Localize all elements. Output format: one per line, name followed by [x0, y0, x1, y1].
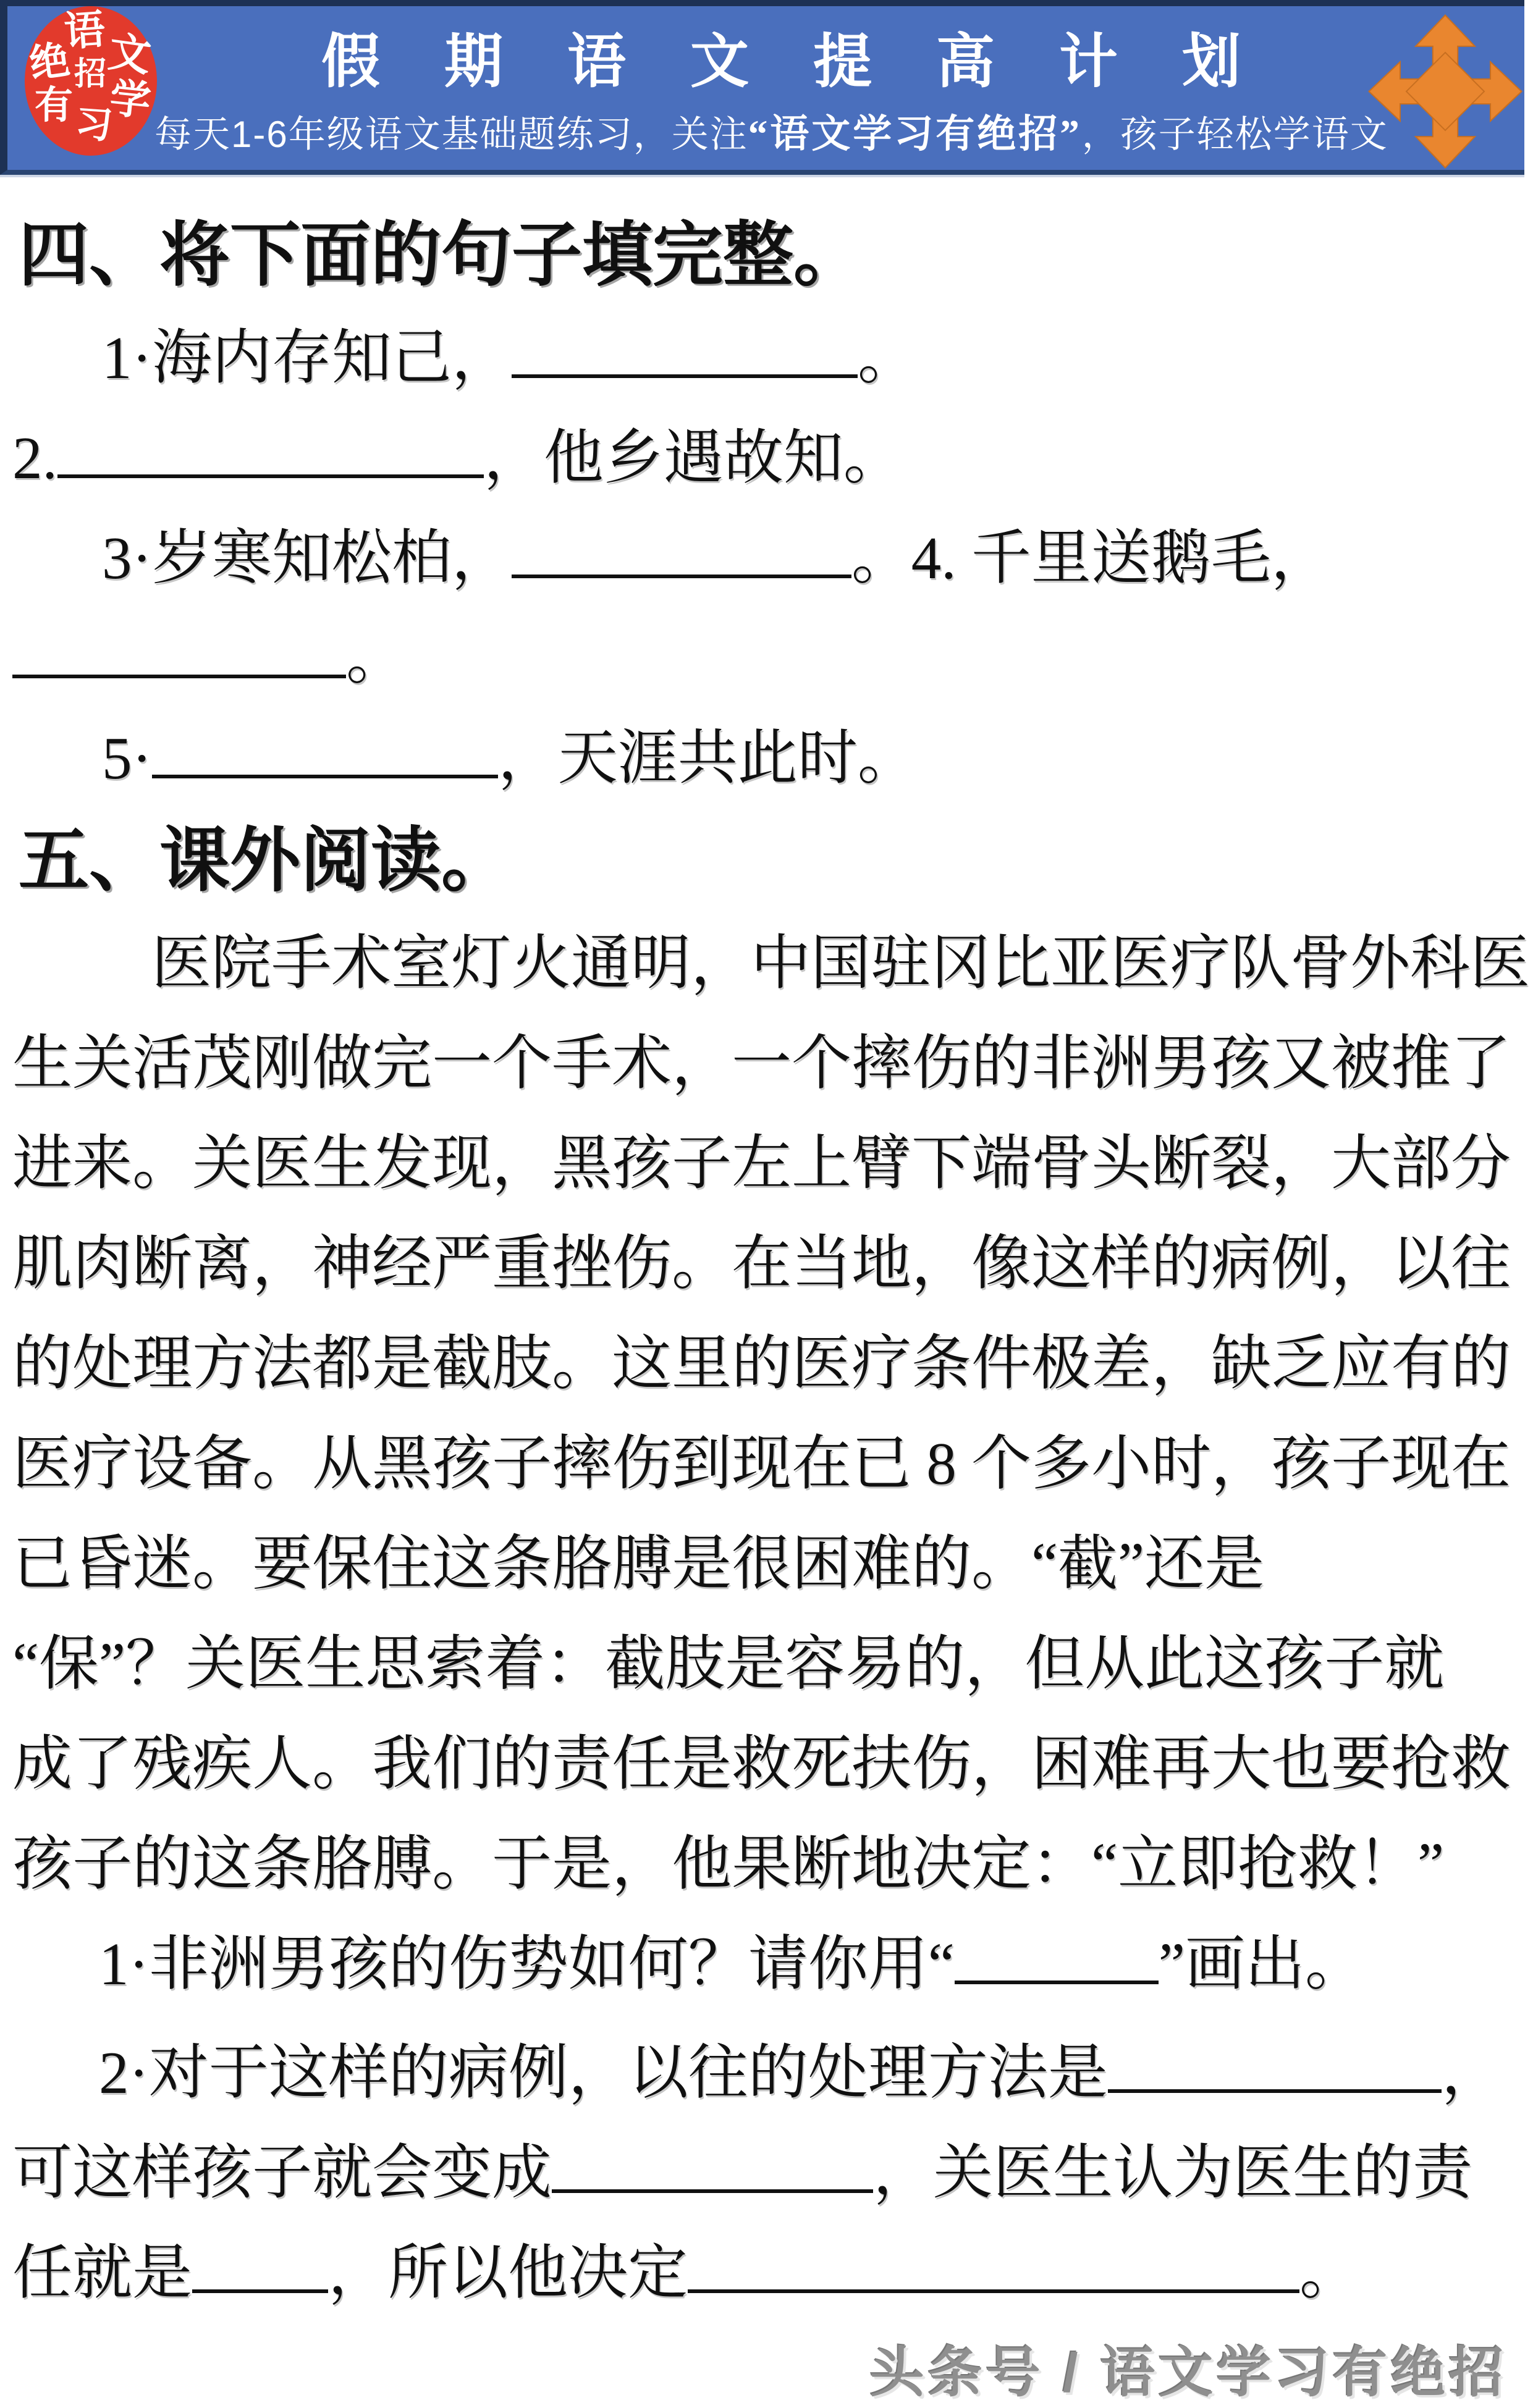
line-text: 成了残疾人。我们的责任是救死扶伤，困难再大也要抢救 — [12, 1731, 1511, 1797]
line-text: ，天涯共此时。 — [498, 725, 918, 791]
line-text: 。4. 千里送鹅毛， — [851, 525, 1331, 591]
worksheet-page: { "header": { "logo_chars": ["语","文","绝"… — [0, 0, 1533, 2408]
line-text: 肌肉断离，神经严重挫伤。在当地，像这样的病例，以往 — [12, 1231, 1511, 1297]
text-line: 。 — [0, 608, 1533, 709]
text-line: 5·，天涯共此时。 — [0, 709, 1533, 809]
page-title: 假期语文提高计划 — [321, 15, 1305, 99]
fill-in-blank — [512, 374, 858, 378]
line-text: 1·海内存知己， — [102, 325, 512, 391]
line-text: 已昏迷。要保住这条胳膊是很困难的。“截”还是 — [12, 1531, 1264, 1597]
line-text: 2·对于这样的病例，以往的处理方法是 — [99, 2040, 1108, 2106]
text-line: 1·非洲男孩的伤势如何？请你用“”画出。 — [0, 1914, 1533, 2014]
logo-char: 学 — [108, 77, 153, 122]
text-line: 肌肉断离，神经严重挫伤。在当地，像这样的病例，以往 — [0, 1214, 1533, 1314]
line-text: 2. — [12, 425, 57, 491]
fill-in-blank — [152, 775, 498, 778]
text-line: 任就是，所以他决定。 — [0, 2223, 1533, 2323]
line-text: ”画出。 — [1159, 1931, 1365, 1997]
line-text: 医疗设备。从黑孩子摔伤到现在已 8 个多小时，孩子现在 — [12, 1431, 1511, 1497]
logo-char: 文 — [106, 31, 154, 78]
subtitle-prefix: 每天1-6年级语文基础题练习，关注 — [154, 114, 748, 155]
text-line: 进来。关医生发现，黑孩子左上臂下端骨头断裂，大部分 — [0, 1114, 1533, 1214]
text-line: 的处理方法都是截肢。这里的医疗条件极差，缺乏应有的 — [0, 1314, 1533, 1414]
logo-char: 习 — [74, 105, 114, 145]
fill-in-blank — [512, 575, 851, 578]
line-text: 5· — [102, 725, 152, 791]
line-text: 医院手术室灯火通明，中国驻冈比亚医疗队骨外科医 — [151, 930, 1530, 996]
fill-in-blank — [12, 675, 346, 678]
text-line: “保”？关医生思索着：截肢是容易的，但从此这孩子就 — [0, 1614, 1533, 1714]
four-direction-arrows-icon — [1367, 7, 1523, 175]
text-line: 五、课外阅读。 — [0, 809, 1533, 914]
text-line: 已昏迷。要保住这条胳膊是很困难的。“截”还是 — [0, 1514, 1533, 1614]
line-text: 。 — [346, 625, 406, 691]
text-line: 3·岁寒知松柏，。4. 千里送鹅毛， — [0, 508, 1533, 608]
fill-in-blank — [57, 474, 484, 478]
logo-char: 有 — [35, 86, 73, 125]
line-text: 进来。关医生发现，黑孩子左上臂下端骨头断裂，大部分 — [12, 1130, 1511, 1197]
header-banner: 语 文 绝 招 有 学 习 假期语文提高计划 每天1-6年级语文基础题练习，关注… — [0, 0, 1524, 175]
subtitle-suffix: ，孩子轻松学语文 — [1082, 114, 1388, 155]
text-line: 孩子的这条胳膊。于是，他果断地决定：“立即抢救！” — [0, 1814, 1533, 1914]
line-text: 。 — [858, 325, 918, 391]
fill-in-blank — [1108, 2089, 1442, 2093]
text-line: 医院手术室灯火通明，中国驻冈比亚医疗队骨外科医 — [0, 914, 1533, 1014]
line-text: 四、将下面的句子填完整。 — [19, 216, 864, 295]
fill-in-blank — [552, 2189, 873, 2193]
line-text: “保”？关医生思索着：截肢是容易的，但从此这孩子就 — [12, 1631, 1444, 1697]
text-line: 四、将下面的句子填完整。 — [0, 203, 1533, 308]
text-line: 可这样孩子就会变成，关医生认为医生的责 — [0, 2123, 1533, 2223]
line-text: 生关活茂刚做完一个手术，一个摔伤的非洲男孩又被推了 — [12, 1030, 1511, 1097]
subtitle-brand: “语文学习有绝招” — [748, 112, 1082, 156]
fill-in-blank — [955, 1981, 1159, 1984]
text-line: 医疗设备。从黑孩子摔伤到现在已 8 个多小时，孩子现在 — [0, 1414, 1533, 1514]
line-text: ，关医生认为医生的责 — [873, 2140, 1472, 2206]
text-line: 1·海内存知己，。 — [0, 308, 1533, 408]
logo-char: 招 — [74, 58, 106, 90]
line-text: 的处理方法都是截肢。这里的医疗条件极差，缺乏应有的 — [12, 1331, 1511, 1397]
line-text: 五、课外阅读。 — [19, 822, 512, 900]
line-text: ， — [1442, 2040, 1501, 2106]
line-text: 3·岁寒知松柏， — [102, 525, 512, 591]
logo-char: 绝 — [27, 40, 72, 84]
fill-in-blank — [192, 2289, 328, 2293]
line-text: ，所以他决定 — [328, 2240, 688, 2306]
line-text: 任就是 — [12, 2240, 192, 2306]
document-lines: 四、将下面的句子填完整。1·海内存知己，。2.，他乡遇故知。3·岁寒知松柏，。4… — [0, 175, 1533, 2323]
line-text: 。 — [1299, 2240, 1359, 2306]
text-line: 2·对于这样的病例，以往的处理方法是， — [0, 2023, 1533, 2123]
fill-in-blank — [688, 2289, 1299, 2293]
text-line: 成了残疾人。我们的责任是救死扶伤，困难再大也要抢救 — [0, 1714, 1533, 1814]
text-line: 生关活茂刚做完一个手术，一个摔伤的非洲男孩又被推了 — [0, 1014, 1533, 1114]
text-line: 2.，他乡遇故知。 — [0, 408, 1533, 508]
banner-subtitle: 每天1-6年级语文基础题练习，关注“语文学习有绝招”，孩子轻松学语文 — [154, 103, 1388, 159]
line-text: 1·非洲男孩的伤势如何？请你用“ — [99, 1931, 955, 1997]
line-text: 孩子的这条胳膊。于是，他果断地决定：“立即抢救！” — [12, 1831, 1444, 1897]
line-text: ，他乡遇故知。 — [484, 425, 903, 491]
watermark-credit: 头条号 / 语文学习有绝招 — [0, 2330, 1533, 2407]
logo-char: 语 — [63, 9, 106, 52]
brand-logo: 语 文 绝 招 有 学 习 — [25, 6, 157, 156]
line-text: 可这样孩子就会变成 — [12, 2140, 552, 2206]
